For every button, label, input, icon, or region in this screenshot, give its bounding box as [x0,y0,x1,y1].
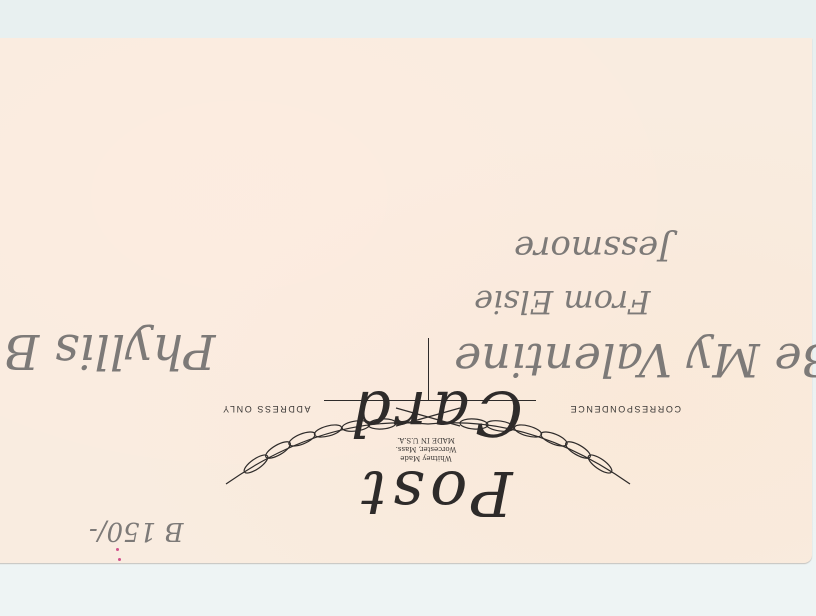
handwritten-line-2: From Elsie [474,283,650,321]
handwritten-line-1: Jessmore [514,228,672,268]
divider-vertical [428,338,429,400]
pencil-price-mark: B 150/- [89,516,184,546]
handwritten-line-3: Be My Valentine [454,333,816,387]
laurel-wreath-icon [216,404,640,494]
ink-spot [116,548,119,551]
divider-horizontal [324,400,536,401]
handwritten-line-4: Phyllis B [4,323,216,379]
ink-spot [118,558,121,561]
postcard: Post Card CORRESPONDENCE ADDRESS ONLY Wh… [0,38,812,563]
